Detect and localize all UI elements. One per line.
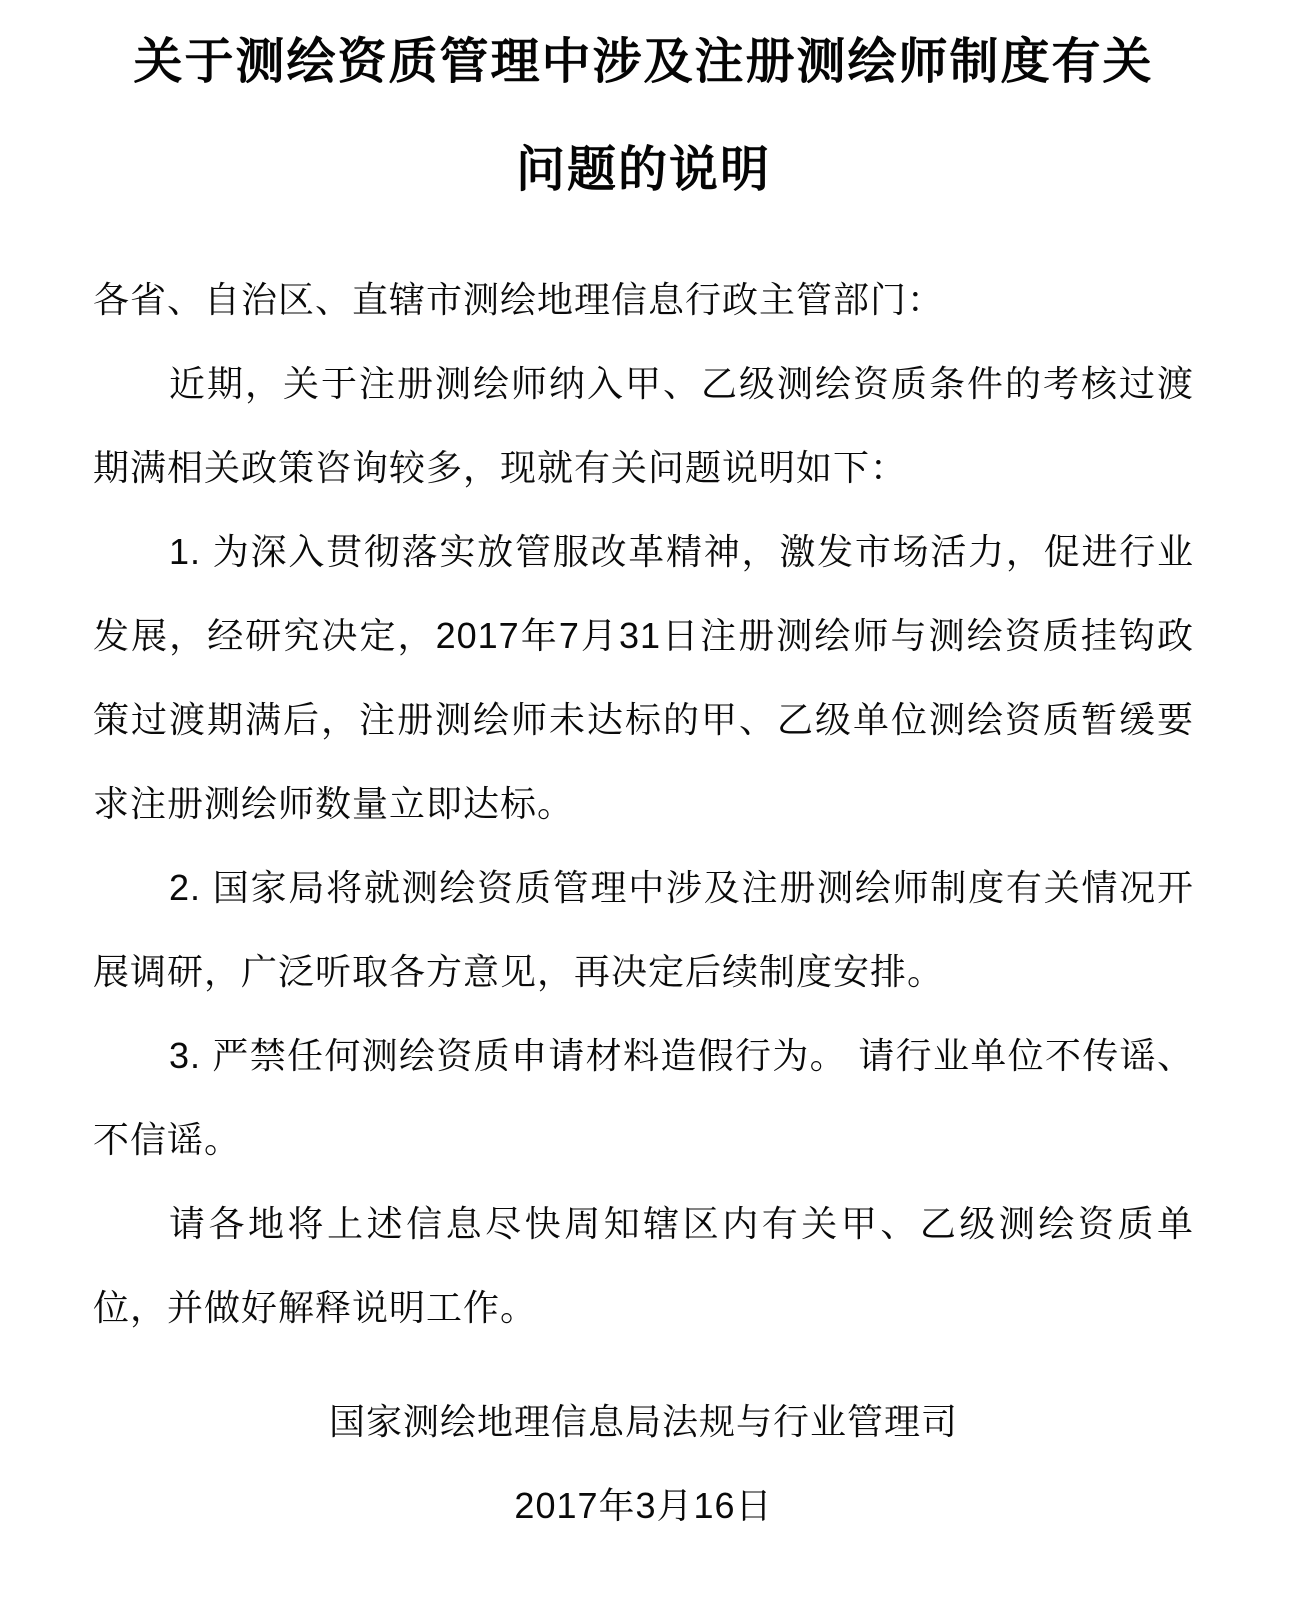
document-closing: 国家测绘地理信息局法规与行业管理司 2017年3月16日 <box>93 1380 1194 1548</box>
signature-date: 2017年3月16日 <box>93 1464 1194 1548</box>
title-line-1: 关于测绘资质管理中涉及注册测绘师制度有关 <box>103 8 1184 116</box>
paragraph-item-2: 2. 国家局将就测绘资质管理中涉及注册测绘师制度有关情况开展调研，广泛听取各方意… <box>93 846 1194 1014</box>
document-title: 关于测绘资质管理中涉及注册测绘师制度有关 问题的说明 <box>93 8 1194 224</box>
salutation: 各省、自治区、直辖市测绘地理信息行政主管部门： <box>93 258 1194 342</box>
paragraph-intro: 近期，关于注册测绘师纳入甲、乙级测绘资质条件的考核过渡期满相关政策咨询较多，现就… <box>93 342 1194 510</box>
paragraph-item-1: 1. 为深入贯彻落实放管服改革精神，激发市场活力，促进行业发展，经研究决定，20… <box>93 510 1194 846</box>
title-line-2: 问题的说明 <box>103 116 1184 224</box>
paragraph-closing-request: 请各地将上述信息尽快周知辖区内有关甲、乙级测绘资质单位，并做好解释说明工作。 <box>93 1182 1194 1350</box>
document-body: 各省、自治区、直辖市测绘地理信息行政主管部门： 近期，关于注册测绘师纳入甲、乙级… <box>93 258 1194 1350</box>
signature-department: 国家测绘地理信息局法规与行业管理司 <box>93 1380 1194 1464</box>
document-page: 关于测绘资质管理中涉及注册测绘师制度有关 问题的说明 各省、自治区、直辖市测绘地… <box>0 0 1312 1607</box>
paragraph-item-3: 3. 严禁任何测绘资质申请材料造假行为。 请行业单位不传谣、不信谣。 <box>93 1014 1194 1182</box>
